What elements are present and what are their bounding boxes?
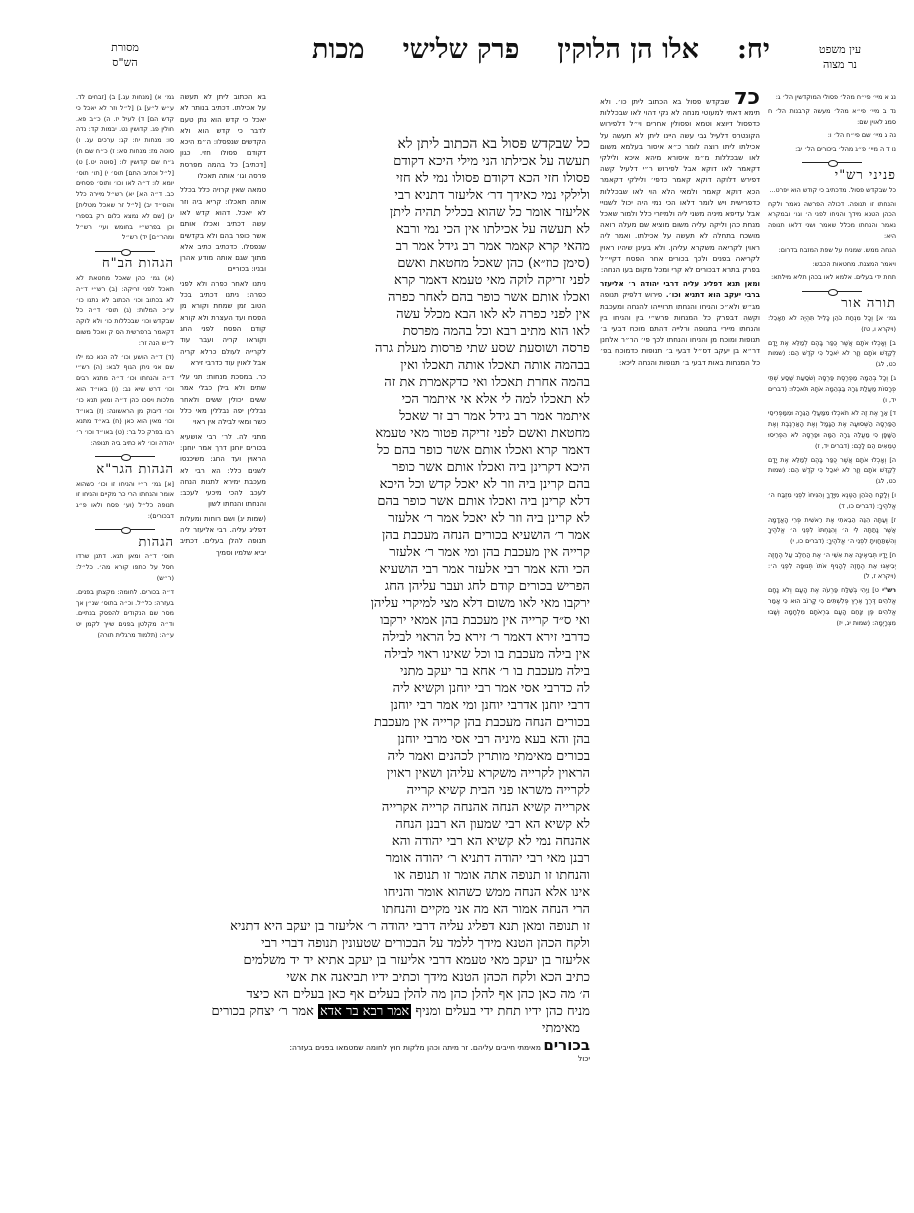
tosafot-text: פירוש דלפיק תנופה מג״ש ולא״כ והניחו והנח… [600, 290, 760, 366]
gemara-line: דאמר קרא ואכלו אותם אשר כופר בהם כל [272, 442, 590, 459]
rashi-verse-text: ט] וַיְהִי בְּשַׁלַּח פַּרְעֹה אֶת הָעָם… [768, 586, 896, 626]
ein-mishpat-entry: נד ב מיי׳ פי״א מהל׳ מעשה קרבנות הל׳ ח סמ… [768, 106, 896, 128]
daf-number: יח: [737, 34, 770, 65]
ornament-divider [76, 526, 174, 534]
ein-mishpat-header: עין משפט נר מצוה [790, 42, 890, 72]
torah-or-verse: ב] וְאָכְלוּ אֹתָם אֲשֶׁר כֻּפַּר בָּהֶם… [768, 338, 896, 370]
gemara-line: אהנחה נמי לא קשיא הא רבי יהודה והא [272, 833, 590, 850]
gemara-line: לא קרינן ביה וזר לא יאכל אמר ר׳ אלעזר [272, 510, 590, 527]
gemara-line: הרי הנחה אמור הא מה אני מקיים והנחתו [272, 901, 590, 918]
ein-mishpat-entry: נה ג מיי׳ שם פי״ח הל׳ ו: [768, 130, 896, 141]
page-header: עין משפט נר מצוה יח: אלו הן הלוקין פרק ש… [0, 34, 914, 84]
hagahot-entry: ד״ה בכורים. לחומה: מקצתן בפנים. בעזרה: כ… [76, 587, 174, 641]
gemara-last-line: מאימתי [182, 1020, 590, 1037]
gemara-line: בכורים מאימתי מותרין לכהנים ואמר ליה [272, 748, 590, 765]
rashi-paragraph: בא הכתוב ליתן לא תעשה על אכילתו. דכתיב ב… [180, 92, 266, 182]
gemara-wide-line: ה׳ מה כאן כהן אף להלן כהן מה להלן בעלים … [182, 986, 590, 1003]
gemara-wide-line: אליעזר בן יעקב מאי טעמא דרבי אליעזר בן י… [182, 952, 590, 969]
gemara-line: לא קשיא הא רבי שמעון הא רבנן הנחה [272, 816, 590, 833]
tosafot-paragraph: כל שבקדש פסול בא הכתוב ליתן כו׳. ולא תימ… [600, 92, 760, 275]
rashi-bottom-strip: בכורים מאימתי חייבים עליהם. זר מיתה וכהן… [120, 1040, 590, 1064]
gemara-text: מניח כהן ידיו תחת ידי בעלים ומניף [415, 1004, 590, 1019]
gemara-line: הפריש בכורים קודם לחג ועבר עליהן החג [272, 578, 590, 595]
gemara-line: ולילקי נמי כאידך דר׳ אליעזר דתניא רבי [272, 187, 590, 204]
hashas-label: הש"ס [95, 55, 155, 70]
gemara-line: בכורים הנחה מעכבת בהן קרייה אין מעכבת [272, 714, 590, 731]
gemara-line: אין בילה מעכבת בו וכל שאינו ראוי לבילה [272, 646, 590, 663]
rashi-paragraph: מתני לה. לר׳ רבי אושעיא בכורים יוחנן דרך… [180, 432, 266, 511]
masoret-hashas-entries: גמ׳ א) [מנחות עג.] ב) [זבחים לד. ע״ש ל״ע… [76, 92, 174, 243]
torah-or-verse: ה] וְאָכְלוּ אֹתָם אֲשֶׁר כֻּפַּר בָּהֶם… [768, 455, 896, 487]
ornament-divider [76, 247, 174, 255]
gemara-line: לא תעשה על אכילתו אין הכי נמי ורבא [272, 221, 590, 238]
gemara-line: פרסה ושוסעת שסע שתי פרסות מעלת גרה [272, 340, 590, 357]
ein-mishpat-entry: נו ד ה מיי׳ פ״ג מהל׳ ביכורים הל׳ יב: [768, 144, 896, 155]
rashi-paragraph: כר. במסכת מנחות: תני עלי שתים ולא בילן כ… [180, 372, 266, 428]
torah-or-verse: ד] אַךְ אֶת זֶה לֹא תֹאכְלוּ מִמַּעֲלֵי … [768, 408, 896, 451]
ein-mishpat-label: עין משפט [790, 42, 890, 57]
torah-or-verse: גמ׳ א] וְכָל מִנְחַת כֹּהֵן כָּלִיל תִּה… [768, 313, 896, 335]
rashi-bottom-text: מאימתי חייבים עליהם. זר מיתה וכהן מלקות … [289, 1043, 540, 1052]
gemara-wide-line: ולקח הכהן הטנא מידך ללמד על הבכורים שטעו… [182, 935, 590, 952]
ein-mishpat-section: נג א מיי׳ פי״ח מהל׳ פסולי המוקדשין הל׳ ג… [768, 92, 896, 155]
gemara-line: רבנן מאי רבי יהודה דתניא ר׳ יהודה אומר [272, 850, 590, 867]
hagahot-title: הגהות [76, 538, 174, 549]
gemara-line: הכי והא אמר רבי אלעזר אמר רבי הושעיא [272, 561, 590, 578]
gemara-line: לפני זריקה לוקה מאי טעמא דאמר קרא [272, 272, 590, 289]
chapter-number: פרק שלישי [403, 34, 520, 65]
pninei-rashi-entry: הנחה ממש. שמניח על שפת המזבח בדרום: [768, 245, 896, 256]
gemara-line: פסולו חזי הכא דקודם פסולו נמי לא חזי [272, 170, 590, 187]
gemara-line: תעשה על אכילתו הני מילי היכא דקודם [272, 153, 590, 170]
gemara-line: היכא דקרינן ביה ואכלו אותם אשר כופר [272, 459, 590, 476]
gemara-line: לאו הוא מתיב רבא וכל בהמה מפרסת [272, 323, 590, 340]
rashi-paragraph: (שמות יג) ושם רוחות ומעלות דפליג עליה. ר… [180, 514, 266, 559]
gemara-line: ואכלו אותם אשר כופר בהם לאחר כפרה [272, 289, 590, 306]
rashi-bottom-end: יכול [120, 1053, 590, 1064]
masoret-label: מסורת [95, 40, 155, 55]
hagahot-habach-title: הגהות הב"ח [76, 259, 174, 270]
gemara-line: הראוין לקרייה משקרא עליהן ושאין ראוין [272, 765, 590, 782]
torah-or-title: תורה אור [768, 299, 896, 310]
gemara-line: אמר ר׳ הושעיא בכורים הנחה מעכבת בהן [272, 527, 590, 544]
gemara-wide-line: מניח כהן ידיו תחת ידי בעלים ומניף אמר רב… [182, 1003, 590, 1020]
ner-mitzvah-label: נר מצוה [790, 57, 890, 72]
gemara-line: מהאי קרא קאמר אמר רב גידל אמר רב [272, 238, 590, 255]
ornament-divider [768, 159, 896, 167]
torah-or-verse: ו] וְלָקַח הַכֹּהֵן הַטֶּנֶא מִיָּדֶךָ ו… [768, 490, 896, 512]
tosafot-text: שבקדש פסול בא הכתוב ליתן כו׳. ולא תימא ד… [600, 97, 760, 274]
gemara-line: בהמה אחרת תאכלו ואי כדקאמרת את זה [272, 374, 590, 391]
gemara-line: (סימן כוז״א) כהן שאכל מחטאת ואשם [272, 255, 590, 272]
gemara-line: בהם קרינן ביה וזר לא יאכל קדש וכל היכא [272, 476, 590, 493]
pninei-rashi-entry: תחת ידי בעלים. אלמא לאו בכהן תליא מילתא: [768, 272, 896, 283]
gemara-text: אמר ר׳ יצחק בכורים [211, 1004, 313, 1019]
gemara-main-column: כל שבקדש פסול בא הכתוב ליתן לא תעשה על א… [272, 136, 590, 918]
left-margin-column: גמ׳ א) [מנחות עג.] ב) [זבחים לד. ע״ש ל״ע… [76, 92, 174, 952]
torah-or-verse: ג] וְכָל בְּהֵמָה מַפְרֶסֶת פַּרְסָה וְש… [768, 373, 896, 405]
gemara-wide-line: כתיב הכא ולקח הכהן הטנא מידך וכתיב ידיו … [182, 969, 590, 986]
torah-or-verse: ז] וְעַתָּה הִנֵּה הֵבֵאתִי אֶת רֵאשִׁית… [768, 515, 896, 547]
ornament-divider [768, 287, 896, 295]
rashi-column: בא הכתוב ליתן לא תעשה על אכילתו. דכתיב ב… [180, 92, 266, 902]
highlighted-phrase[interactable]: אמר רבא בר אדא [318, 1004, 411, 1019]
gemara-line: כל שבקדש פסול בא הכתוב ליתן לא [272, 136, 590, 153]
pninei-rashi-entry: כל שבקדש פסול. מדכתיב כי קודש הוא יפרט..… [768, 185, 896, 196]
ein-mishpat-entry: נג א מיי׳ פי״ח מהל׳ פסולי המוקדשין הל׳ ג… [768, 92, 896, 103]
torah-or-rashi-verse: רש"י ט] וַיְהִי בְּשַׁלַּח פַּרְעֹה אֶת … [768, 585, 896, 628]
gemara-line: אליעזר אומר כל שהוא בכליל תהיה ליתן [272, 204, 590, 221]
gemara-line: איתמר אמר רב גידל אמר רב זר שאכל [272, 408, 590, 425]
rashi-verse-label: רש"י [882, 586, 896, 594]
gemara-line: אין לפני כפרה לא לאו הבא מכלל עשה [272, 306, 590, 323]
gemara-line: בבהמה אותה תאכלו אותה תאכלו ואין [272, 357, 590, 374]
gemara-line: מחטאת ואשם לפני זריקה פטור מאי טעמא [272, 425, 590, 442]
gemara-line: ירקבו מאי לאו משום דלא מצי למיקרי עליהן [272, 595, 590, 612]
page-title: יח: אלו הן הלוקין פרק שלישי מכות [280, 34, 770, 65]
torah-or-verse: ח] יָדָיו תְּבִיאֶינָה אֵת אִשֵּׁי ה׳ אֶ… [768, 550, 896, 582]
masoret-hashas-header: מסורת הש"ס [95, 40, 155, 70]
hagahot-hagra-title: הגהות הגר"א [76, 465, 174, 476]
gemara-line: לקרייה משראו פני הבית קשיא קרייה [272, 782, 590, 799]
tosafot-column: כל שבקדש פסול בא הכתוב ליתן כו׳. ולא תימ… [600, 92, 760, 992]
pninei-rashi-entry: והנחתו זו תנופה. דכולה הפרשה נאמר ולקח ה… [768, 199, 896, 242]
gemara-line: בהן והא בעא מיניה רבי אסי מרבי יוחנן [272, 731, 590, 748]
ornament-divider [76, 453, 174, 461]
gemara-line: כדרבי זירא דאמר ר׳ זירא כל הראוי לבילה [272, 629, 590, 646]
hagahot-habach-extra: (ד) ד״ה הושע וכו׳ לה הנא כמ ילו שם אני נ… [76, 352, 174, 449]
gemara-line: והנחתו זו תנופה אתה אומר זו תנופה או [272, 867, 590, 884]
rashi-paragraph: ניתנו לאחר כפרה ולא לפני כפרה: ניתנו דכת… [180, 279, 266, 369]
hagahot-habach-text: (א) גמ׳ כהן שאכל מחטאת לא תאכל לפני זריק… [76, 273, 174, 349]
right-margin-column: נג א מיי׳ פי״ח מהל׳ פסולי המוקדשין הל׳ ג… [768, 92, 896, 1052]
gemara-line: אינו אלא הנחה ממש כשהוא אומר והניחו [272, 884, 590, 901]
gemara-line: דלא קרינן ביה ואכלו אותם אשר כופר בהם [272, 493, 590, 510]
tosafot-paragraph: ומאן תנא דפליג עליה דרבי יהודה ר׳ אליעזר… [600, 278, 760, 368]
gemara-line: ואי ס״ד קרייה אין מעכבת בהן אמאי ירקבו [272, 612, 590, 629]
hagahot-hagra-text: [א] גמ׳ ר״י והניחו זו וכו׳ כשהוא אומר וה… [76, 479, 174, 522]
gemara-line: לא תאכלו למה לי אלא אי איתמר הכי [272, 391, 590, 408]
pninei-rashi-entry: ויאמר המצנת. מחטאות הכבש: [768, 259, 896, 270]
gemara-wide-line: זו תנופה ומאן תנא דפליג עליה דרבי יהודה … [182, 918, 590, 935]
gemara-wide-block: זו תנופה ומאן תנא דפליג עליה דרבי יהודה … [182, 918, 590, 1037]
chapter-name: אלו הן הלוקין [557, 34, 699, 65]
gemara-line: אקרייה קשיא הנחה אהנחה קרייה אקרייה [272, 799, 590, 816]
gemara-line: דרבי יוחנן אדרבי יוחנן ומי אמר רבי יוחנן [272, 697, 590, 714]
gemara-line: קרייה אין מעכבת בהן ומי אמר ר׳ אלעזר [272, 544, 590, 561]
gemara-line: בילה מעכבת בו ר׳ אחא בר יעקב מתני [272, 663, 590, 680]
rashi-dibbur: בכורים [543, 1040, 590, 1054]
gemara-line: לה כדרבי אסי אמר רבי יוחנן וקשיא ליה [272, 680, 590, 697]
rashi-paragraph: טמאה שאין קרויה כלל בכלל אותה תאכלו: קרי… [180, 185, 266, 275]
pninei-rashi-title: פניני רש"י [768, 171, 896, 182]
tractate-name: מכות [312, 34, 365, 65]
hagahot-entry: תוס׳ ד״ה ומאן תנא. דתנן שרדו חסל על כתפו… [76, 551, 174, 583]
